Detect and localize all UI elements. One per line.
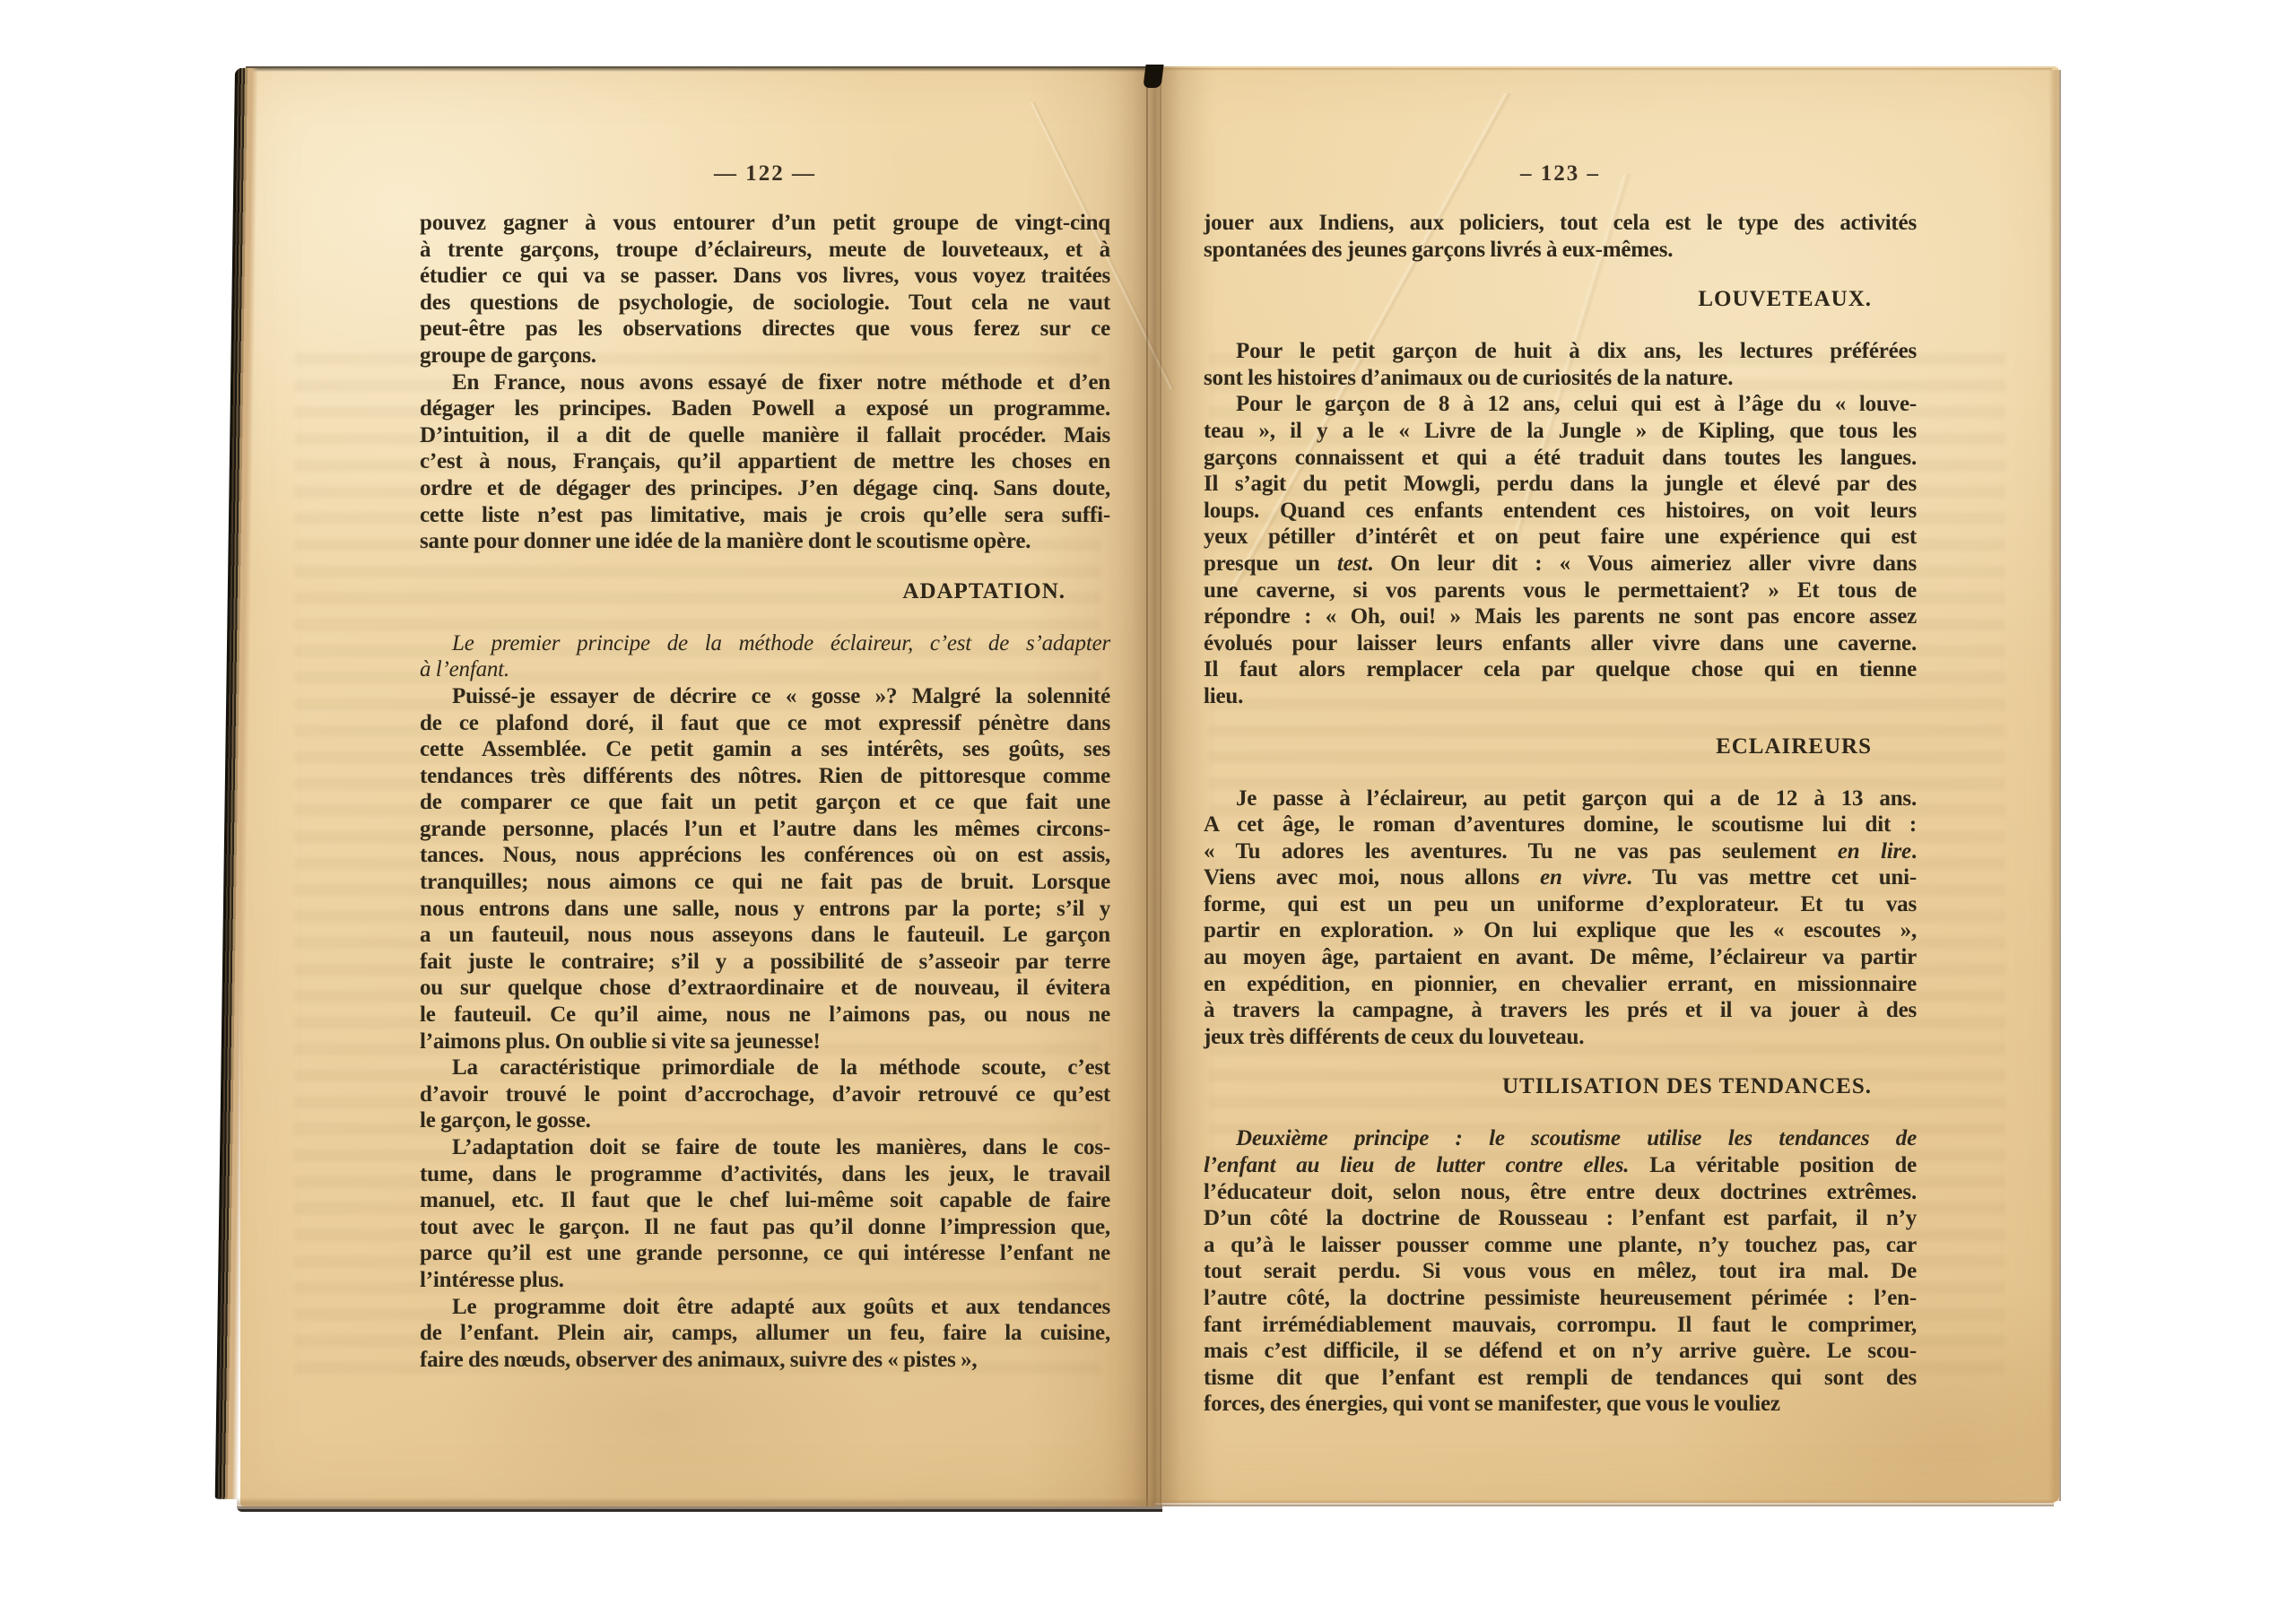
paragraph: L’adaptation doit se faire de toute les … (420, 1134, 1110, 1294)
page-number-right: – 123 – (1204, 161, 1917, 187)
page-edge-bottom-right (1155, 1499, 2054, 1506)
text-line: l’enfant au lieu de lutter contre elles.… (1204, 1152, 1917, 1179)
page-stack-edge-bottom (237, 1497, 1162, 1512)
text-line: Pour le garçon de 8 à 12 ans, celui qui … (1204, 391, 1917, 418)
text-line: à l’enfant. (420, 656, 1110, 683)
text-line: le garçon, le gosse. (420, 1107, 1110, 1134)
text-line: jouer aux Indiens, aux policiers, tout c… (1204, 210, 1917, 237)
paragraph: pouvez gagner à vous entourer d’un petit… (420, 210, 1110, 369)
text-line: loups. Quand ces enfants entendent ces h… (1204, 498, 1917, 525)
text-line: de comparer ce que fait un petit garçon … (420, 789, 1110, 816)
paragraph: Le programme doit être adapté aux goûts … (420, 1294, 1110, 1374)
text-line: le fauteuil. Ce qu’il aime, nous ne l’ai… (420, 1002, 1110, 1028)
section-heading: UTILISATION DES TENDANCES. (1204, 1074, 1917, 1099)
text-line: au moyen âge, partaient en avant. De mêm… (1204, 944, 1917, 971)
text-line: l’aimons plus. On oublie si vite sa jeun… (420, 1028, 1110, 1055)
text-line: c’est à nous, Français, qu’il appartient… (420, 448, 1110, 475)
text-line: Le programme doit être adapté aux goûts … (420, 1294, 1110, 1321)
text-line: parce qu’il est une grande personne, ce … (420, 1240, 1110, 1267)
text-line: répondre : « Oh, oui! » Mais les parents… (1204, 603, 1917, 630)
binding-notch (1143, 65, 1163, 88)
text-line: Je passe à l’éclaireur, au petit garçon … (1204, 785, 1917, 812)
text-line: Pour le petit garçon de huit à dix ans, … (1204, 338, 1917, 365)
section-heading: LOUVETEAUX. (1204, 287, 1917, 312)
left-page: — 122 — pouvez gagner à vous entourer d’… (240, 66, 1155, 1506)
text-line: Viens avec moi, nous allons en vivre. Tu… (1204, 864, 1917, 891)
text-line: presque un test. On leur dit : « Vous ai… (1204, 551, 1917, 577)
text-line: en expédition, en pionnier, en chevalier… (1204, 971, 1917, 998)
text-line: à trente garçons, troupe d’éclaireurs, m… (420, 237, 1110, 264)
text-line: Le premier principe de la méthode éclair… (420, 630, 1110, 657)
text-line: tendances très différents des nôtres. Ri… (420, 763, 1110, 790)
text-line: évolués pour laisser leurs enfants aller… (1204, 630, 1917, 657)
text-line: sont les histoires d’animaux ou de curio… (1204, 365, 1917, 392)
text-line: Il faut alors remplacer cela par quelque… (1204, 656, 1917, 683)
text-line: « Tu adores les aventures. Tu ne vas pas… (1204, 838, 1917, 865)
paragraph: Deuxième principe : le scoutisme utilise… (1204, 1125, 1917, 1418)
text-line: grande personne, placés l’un et l’autre … (420, 816, 1110, 843)
text-line: manuel, etc. Il faut que le chef lui-mêm… (420, 1187, 1110, 1214)
paragraph: Je passe à l’éclaireur, au petit garçon … (1204, 785, 1917, 1051)
text-line: spontanées des jeunes garçons livrés à e… (1204, 237, 1917, 264)
paragraph: Puissé-je essayer de décrire ce « gosse … (420, 683, 1110, 1055)
paragraph: La caractéristique primordiale de la mét… (420, 1055, 1110, 1134)
text-line: tout serait perdu. Si vous vous en mêlez… (1204, 1258, 1917, 1285)
text-line: yeux pétiller d’intérêt et on peut faire… (1204, 524, 1917, 551)
text-line: faire des nœuds, observer des animaux, s… (420, 1347, 1110, 1374)
text-line: tances. Nous, nous apprécions les confér… (420, 842, 1110, 869)
text-line: d’avoir trouvé le point d’accrochage, d’… (420, 1081, 1110, 1108)
text-line: des questions de psychologie, de sociolo… (420, 290, 1110, 317)
section-heading: ADAPTATION. (420, 579, 1110, 604)
text-line: ou sur quelque chose d’extraordinaire et… (420, 975, 1110, 1002)
book-scan: — 122 — pouvez gagner à vous entourer d’… (0, 0, 2296, 1623)
text-line: l’éducateur doit, selon nous, être entre… (1204, 1179, 1917, 1206)
text-line: tisme dit que l’enfant est rempli de ten… (1204, 1365, 1917, 1392)
text-line: l’intéresse plus. (420, 1267, 1110, 1294)
text-line: cette liste n’est pas limitative, mais j… (420, 502, 1110, 529)
page-number-left: — 122 — (420, 161, 1110, 187)
text-line: a un fauteuil, nous nous asseyons dans l… (420, 922, 1110, 949)
paragraph: Pour le garçon de 8 à 12 ans, celui qui … (1204, 391, 1917, 709)
text-line: peut-être pas les observations directes … (420, 316, 1110, 343)
text-line: a qu’à le laisser pousser comme une plan… (1204, 1232, 1917, 1259)
text-line: de ce plafond doré, il faut que ce mot e… (420, 710, 1110, 737)
text-line: forces, des énergies, qui vont se manife… (1204, 1391, 1917, 1418)
page-edge-right (2048, 70, 2061, 1501)
paragraph: Le premier principe de la méthode éclair… (420, 630, 1110, 683)
text-line: pouvez gagner à vous entourer d’un petit… (420, 210, 1110, 237)
text-line: dégager les principes. Baden Powell a ex… (420, 395, 1110, 422)
text-line: cette Assemblée. Ce petit gamin a ses in… (420, 736, 1110, 763)
section-heading: ECLAIREURS (1204, 734, 1917, 759)
text-line: Deuxième principe : le scoutisme utilise… (1204, 1125, 1917, 1152)
text-line: fait juste le contraire; s’il y a possib… (420, 949, 1110, 976)
text-line: teau », il y a le « Livre de la Jungle »… (1204, 418, 1917, 445)
text-line: étudier ce qui va se passer. Dans vos li… (420, 263, 1110, 290)
text-line: sante pour donner une idée de la manière… (420, 528, 1110, 555)
text-line: mais c’est difficile, il se défend et on… (1204, 1338, 1917, 1365)
text-line: Puissé-je essayer de décrire ce « gosse … (420, 683, 1110, 710)
paragraph: Pour le petit garçon de huit à dix ans, … (1204, 338, 1917, 391)
text-line: forme, qui est un peu un uniforme d’expl… (1204, 891, 1917, 918)
text-line: une caverne, si vos parents vous le perm… (1204, 577, 1917, 604)
text-line: L’adaptation doit se faire de toute les … (420, 1134, 1110, 1161)
text-line: à travers la campagne, à travers les pré… (1204, 997, 1917, 1024)
text-line: Il s’agit du petit Mowgli, perdu dans la… (1204, 471, 1917, 498)
text-line: de l’enfant. Plein air, camps, allumer u… (420, 1320, 1110, 1347)
right-page: – 123 – jouer aux Indiens, aux policiers… (1155, 66, 2059, 1503)
text-line: En France, nous avons essayé de fixer no… (420, 369, 1110, 396)
text-line: D’un côté la doctrine de Rousseau : l’en… (1204, 1205, 1917, 1232)
left-page-content: — 122 — pouvez gagner à vous entourer d’… (420, 66, 1110, 1373)
text-line: jeux très différents de ceux du louvetea… (1204, 1024, 1917, 1051)
text-line: partir en exploration. » On lui explique… (1204, 917, 1917, 944)
text-line: tranquilles; nous aimons ce qui ne fait … (420, 869, 1110, 896)
text-line: tume, dans le programme d’activités, dan… (420, 1161, 1110, 1188)
text-line: groupe de garçons. (420, 343, 1110, 369)
text-line: ordre et de dégager des principes. J’en … (420, 475, 1110, 502)
text-line: nous entrons dans une salle, nous y entr… (420, 896, 1110, 923)
text-line: D’intuition, il a dit de quelle manière … (420, 422, 1110, 449)
paragraph: jouer aux Indiens, aux policiers, tout c… (1204, 210, 1917, 263)
paragraph: En France, nous avons essayé de fixer no… (420, 369, 1110, 555)
text-line: garçons connaissent et qui a été traduit… (1204, 445, 1917, 472)
text-line: tout avec le garçon. Il ne faut pas qu’i… (420, 1214, 1110, 1241)
text-line: l’autre côté, la doctrine pessimiste heu… (1204, 1285, 1917, 1312)
text-line: lieu. (1204, 683, 1917, 710)
text-line: La caractéristique primordiale de la mét… (420, 1055, 1110, 1081)
text-line: fant irrémédiablement mauvais, corrompu.… (1204, 1312, 1917, 1339)
right-page-content: – 123 – jouer aux Indiens, aux policiers… (1204, 66, 1917, 1418)
text-line: A cet âge, le roman d’aventures domine, … (1204, 811, 1917, 838)
open-book: — 122 — pouvez gagner à vous entourer d’… (240, 66, 2059, 1506)
